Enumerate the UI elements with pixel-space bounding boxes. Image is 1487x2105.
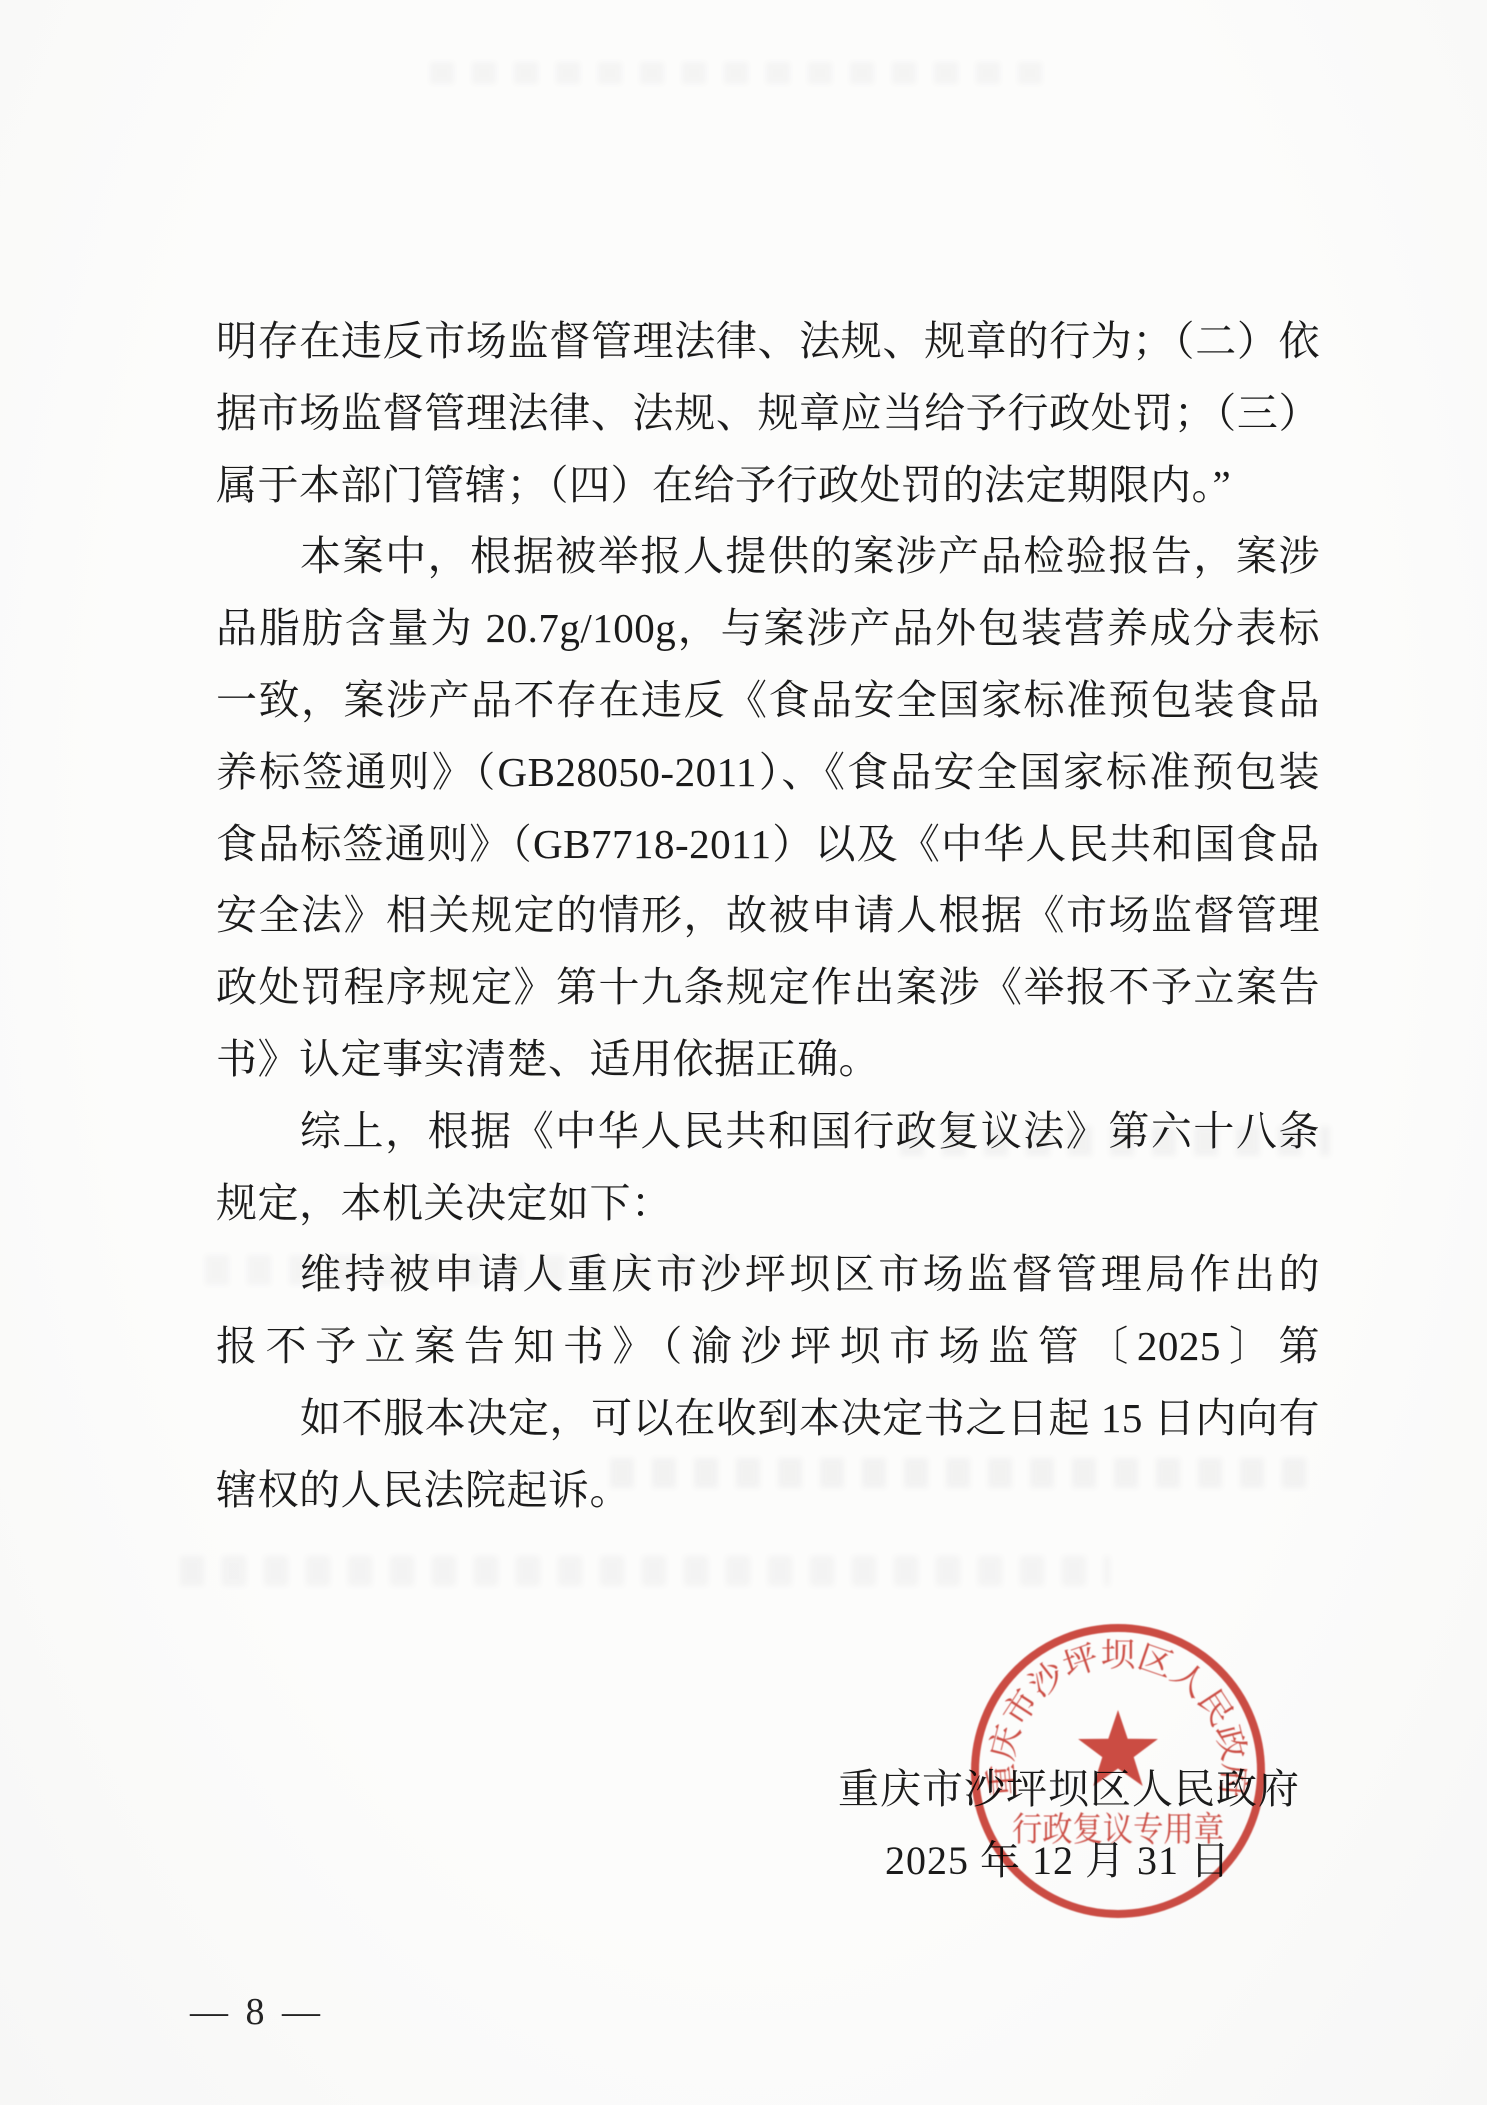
- bleed-through-artifact: [430, 62, 1050, 84]
- official-seal: 重庆市沙坪坝区人民政府 行政复议专用章: [968, 1621, 1268, 1921]
- body-line: 安全法》相关规定的情形，故被申请人根据《市场监督管理行: [216, 880, 1320, 952]
- body-line: 政处罚程序规定》第十九条规定作出案涉《举报不予立案告知: [216, 952, 1320, 1024]
- body-line: 综上，根据《中华人民共和国行政复议法》第六十八条的: [216, 1096, 1320, 1168]
- body-line: 如不服本决定，可以在收到本决定书之日起 15 日内向有管: [216, 1383, 1320, 1455]
- page-number: — 8 —: [190, 1990, 324, 2034]
- body-line: 属于本部门管辖；（四）在给予行政处罚的法定期限内。”: [216, 450, 1320, 522]
- body-line: 规定，本机关决定如下：: [216, 1168, 1320, 1240]
- body-line: 辖权的人民法院起诉。: [216, 1455, 1320, 1527]
- seal-star-icon: [1078, 1710, 1158, 1786]
- scanned-document-page: 明存在违反市场监督管理法律、法规、规章的行为；（二）依据市场监督管理法律、法规、…: [0, 0, 1487, 2105]
- bleed-through-artifact: [180, 1556, 1110, 1586]
- body-line: 维持被申请人重庆市沙坪坝区市场监督管理局作出的《举: [216, 1239, 1320, 1311]
- seal-graphic: 重庆市沙坪坝区人民政府 行政复议专用章: [975, 1628, 1261, 1914]
- body-line: 品脂肪含量为 20.7g/100g，与案涉产品外包装营养成分表标注: [216, 593, 1320, 665]
- body-line: 本案中，根据被举报人提供的案涉产品检验报告，案涉产: [216, 521, 1320, 593]
- body-line: 书》认定事实清楚、适用依据正确。: [216, 1024, 1320, 1096]
- document-body: 明存在违反市场监督管理法律、法规、规章的行为；（二）依据市场监督管理法律、法规、…: [216, 306, 1320, 1527]
- body-line: 明存在违反市场监督管理法律、法规、规章的行为；（二）依: [216, 306, 1320, 378]
- body-line: 据市场监督管理法律、法规、规章应当给予行政处罚；（三）: [216, 378, 1320, 450]
- body-line: 报不予立案告知书》（渝沙坪坝市场监管〔2025〕第 号）。: [216, 1311, 1320, 1383]
- seal-banner-text: 行政复议专用章: [1012, 1811, 1224, 1849]
- body-line: 一致，案涉产品不存在违反《食品安全国家标准预包装食品营: [216, 665, 1320, 737]
- body-line: 养标签通则》（GB28050-2011）、《食品安全国家标准预包装: [216, 737, 1320, 809]
- body-line: 食品标签通则》（GB7718-2011）以及《中华人民共和国食品: [216, 809, 1320, 881]
